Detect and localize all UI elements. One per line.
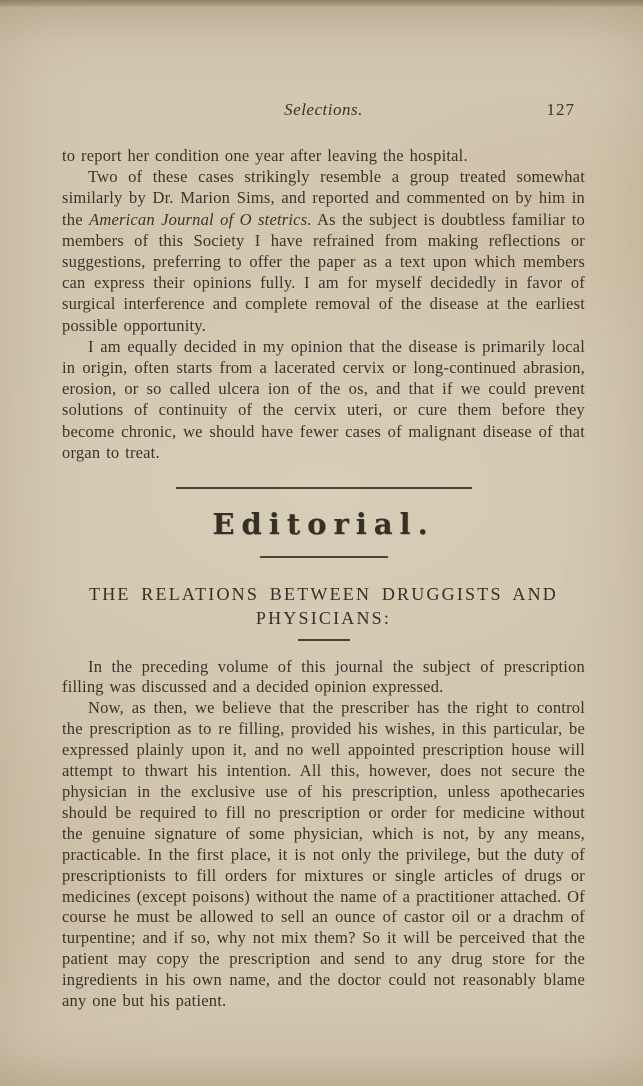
section-divider-rule [176,487,472,489]
running-head: Selections. 127 [62,100,585,122]
paragraph: Now, as then, we believe that the prescr… [62,698,585,1012]
selections-paragraphs: to report her condition one year after l… [62,145,585,463]
paragraph: I am equally decided in my opinion that … [62,336,585,463]
article-title: THE RELATIONS BETWEEN DRUGGISTS AND PHYS… [62,582,585,630]
paragraph: In the preceding volume of this journal … [62,657,585,699]
paragraph: to report her condition one year after l… [62,145,585,166]
running-title: Selections. [62,100,585,120]
article-title-line2: PHYSICIANS: [62,606,585,630]
paragraph: Two of these cases strikingly resemble a… [62,166,585,336]
article-title-line1: THE RELATIONS BETWEEN DRUGGISTS AND [62,582,585,606]
heading-divider-rule [260,556,388,558]
page-content: Selections. 127 to report her condition … [62,0,585,1012]
editorial-heading: Editorial. [62,507,585,541]
editorial-paragraphs: In the preceding volume of this journal … [62,657,585,1012]
title-divider-rule [298,639,350,641]
scanned-journal-page: Selections. 127 to report her condition … [0,0,643,1086]
page-number: 127 [547,100,576,120]
